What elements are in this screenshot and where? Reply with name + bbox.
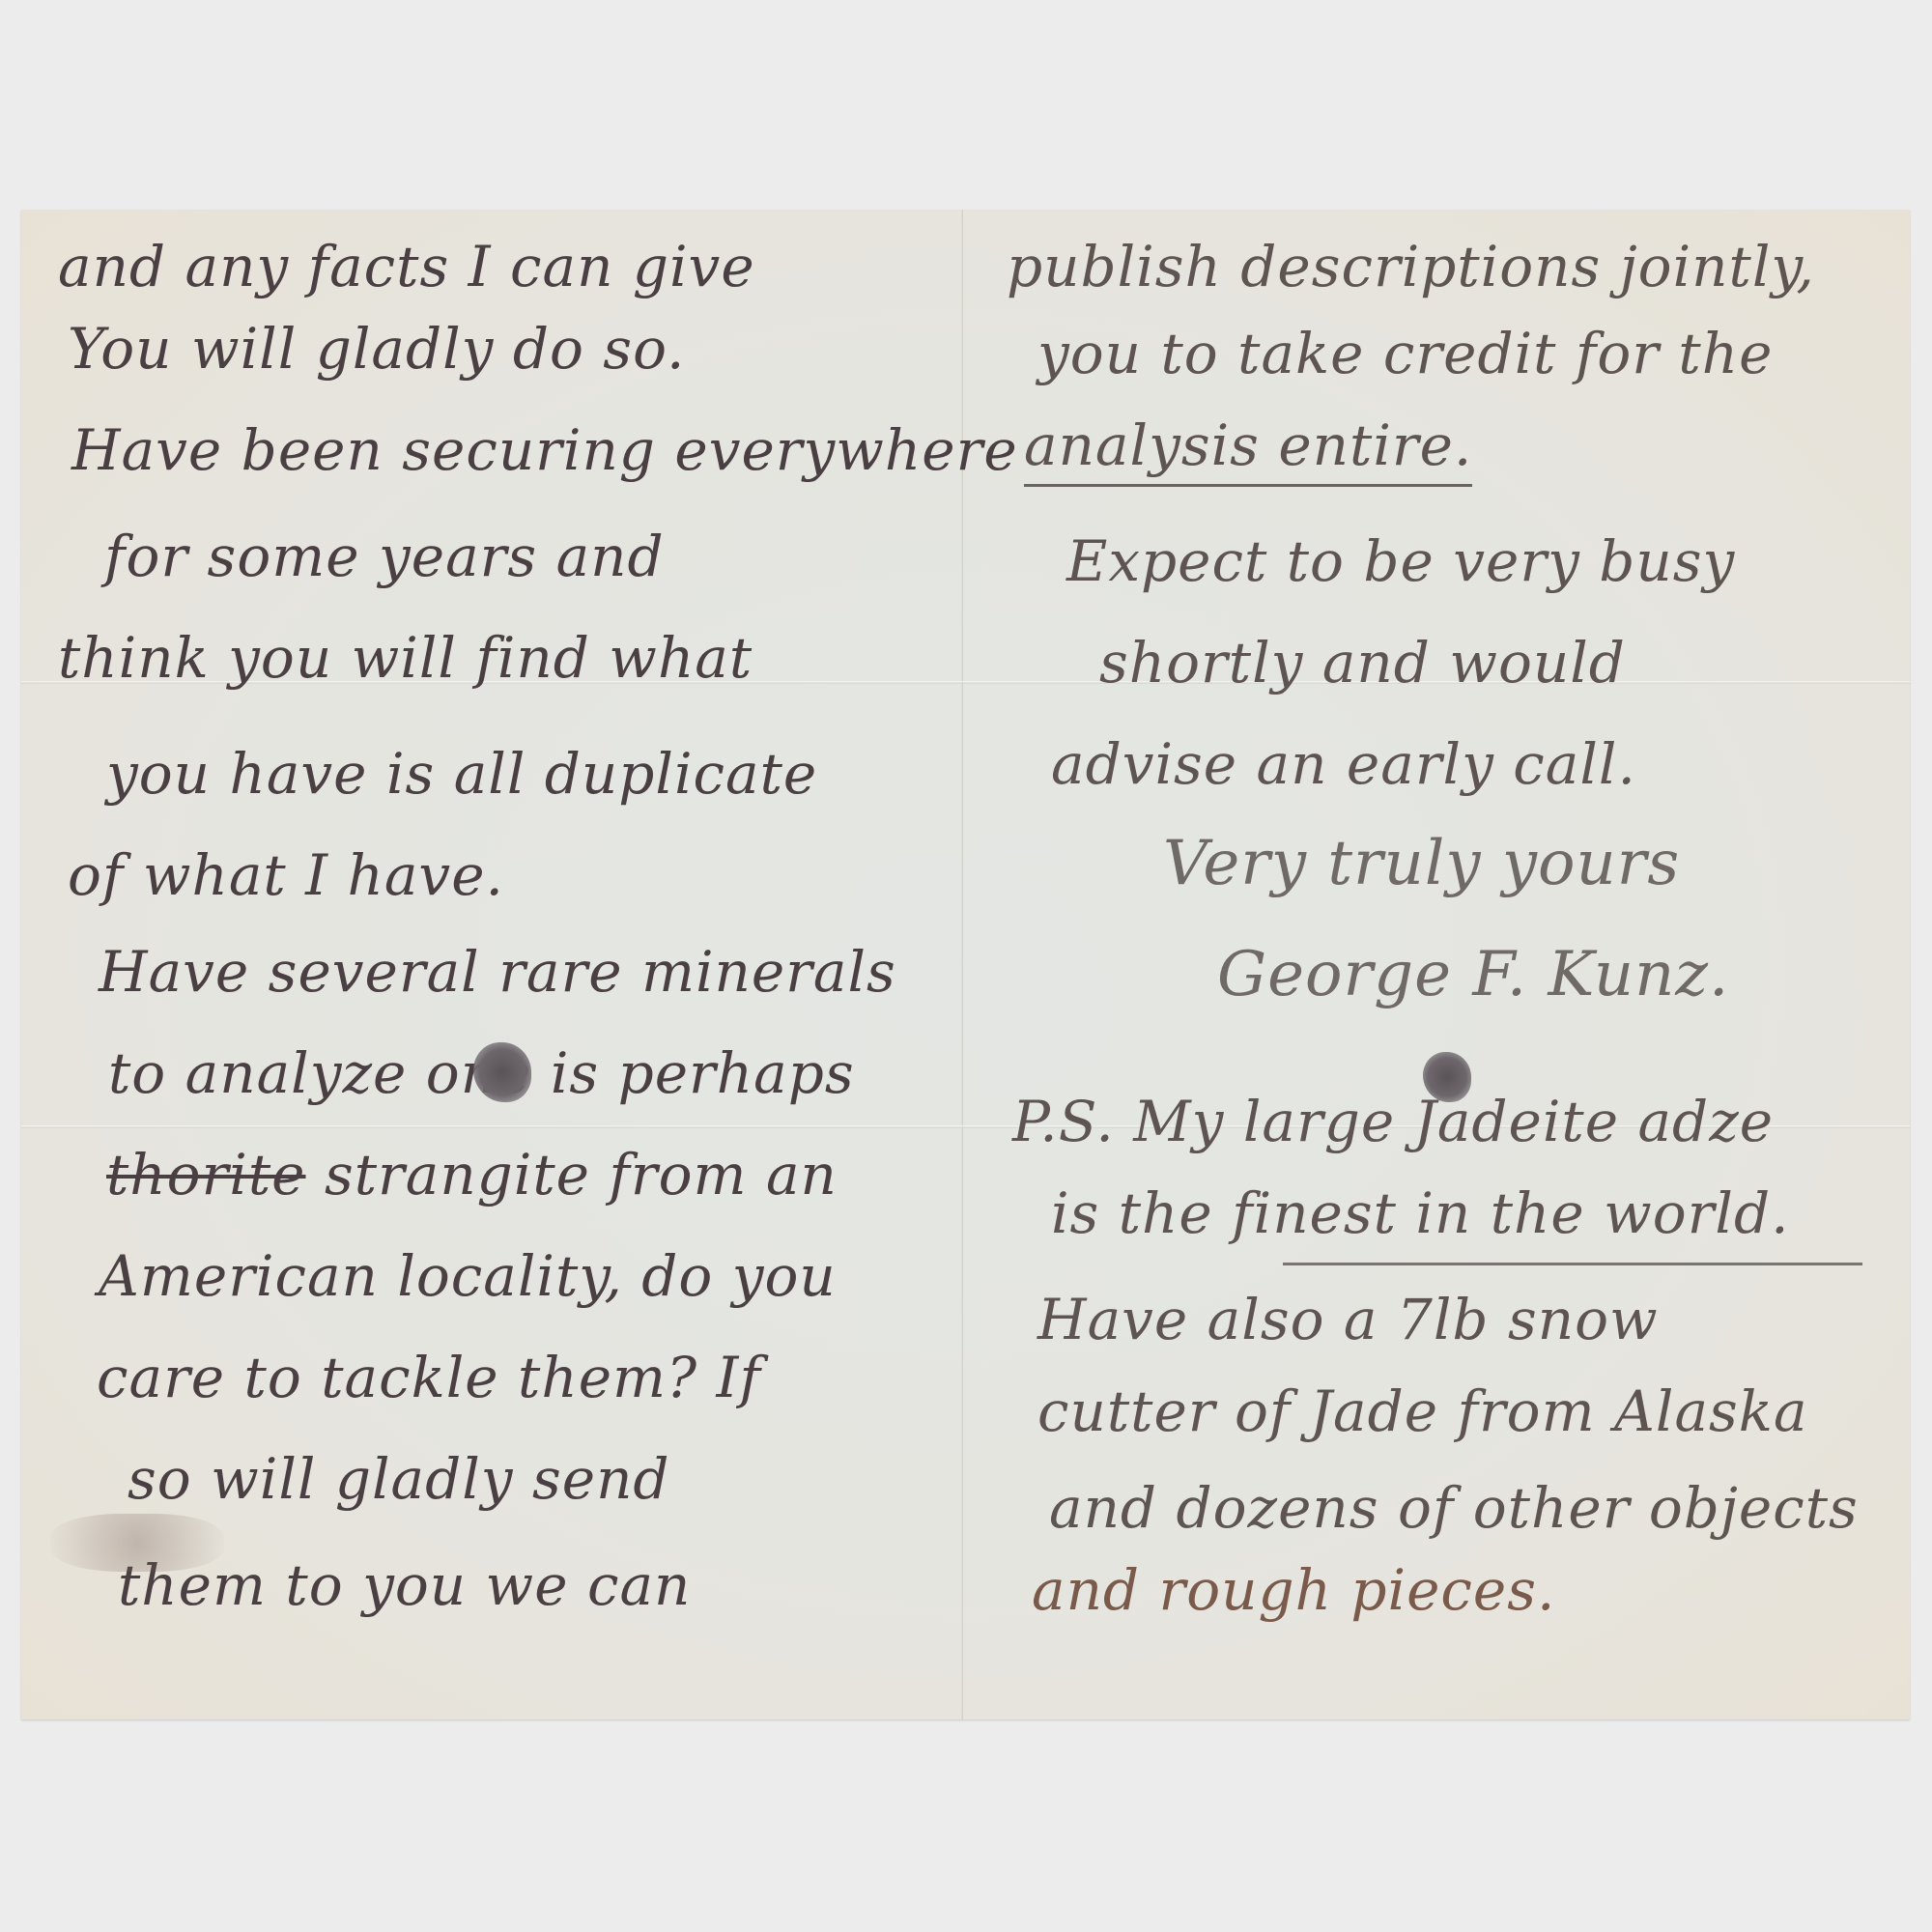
right-page: publish descriptions jointly, you to tak…: [964, 210, 1910, 1719]
left-line-5: think you will find what: [58, 625, 753, 691]
letter-paper: and any facts I can give You will gladly…: [21, 210, 1910, 1719]
right-line-6: advise an early call.: [1051, 731, 1636, 797]
right-line-13: and dozens of other objects: [1049, 1475, 1859, 1541]
signature: George F. Kunz.: [1217, 939, 1729, 1010]
right-line-12: cutter of Jade from Alaska: [1037, 1378, 1808, 1444]
left-line-8: Have several rare minerals: [99, 939, 896, 1005]
finest-underline: [1283, 1263, 1862, 1265]
right-line-14: and rough pieces.: [1032, 1557, 1555, 1623]
left-line-3: Have been securing everywhere: [71, 417, 1018, 483]
left-line-10: thorite strangite from an: [106, 1142, 838, 1207]
right-line-3: analysis entire.: [1024, 412, 1472, 478]
left-line-13: so will gladly send: [128, 1446, 670, 1512]
ink-smudge: [50, 1514, 224, 1572]
ink-blot-signature: [1423, 1052, 1471, 1102]
left-line-2: You will gladly do so.: [68, 316, 685, 382]
right-line-5: shortly and would: [1099, 630, 1626, 696]
right-line-11: Have also a 7lb snow: [1037, 1287, 1659, 1352]
ink-blot: [473, 1042, 531, 1102]
right-line-10: is the finest in the world.: [1051, 1180, 1790, 1246]
left-line-6: you have is all duplicate: [106, 741, 817, 807]
closing: Very truly yours: [1163, 828, 1680, 899]
left-line-10-text: strangite from an: [325, 1142, 838, 1207]
left-line-1: and any facts I can give: [58, 234, 755, 299]
struck-word: thorite: [106, 1142, 306, 1207]
left-line-7: of what I have.: [68, 842, 504, 908]
right-line-1-text: publish descriptions jointly,: [1007, 234, 1815, 299]
right-line-2: you to take credit for the: [1037, 321, 1773, 386]
left-line-4: for some years and: [104, 524, 665, 589]
right-line-9: P.S. My large Jadeite adze: [1012, 1089, 1774, 1154]
underlined-analysis: analysis entire.: [1024, 412, 1472, 487]
left-line-11: American locality, do you: [99, 1243, 837, 1309]
right-line-4: Expect to be very busy: [1066, 528, 1735, 594]
left-line-12: care to tackle them? If: [97, 1345, 761, 1410]
right-line-1: publish descriptions jointly,: [1007, 234, 1815, 299]
left-page: and any facts I can give You will gladly…: [21, 210, 961, 1719]
right-line-10-text: is the finest in the world.: [1051, 1180, 1790, 1246]
